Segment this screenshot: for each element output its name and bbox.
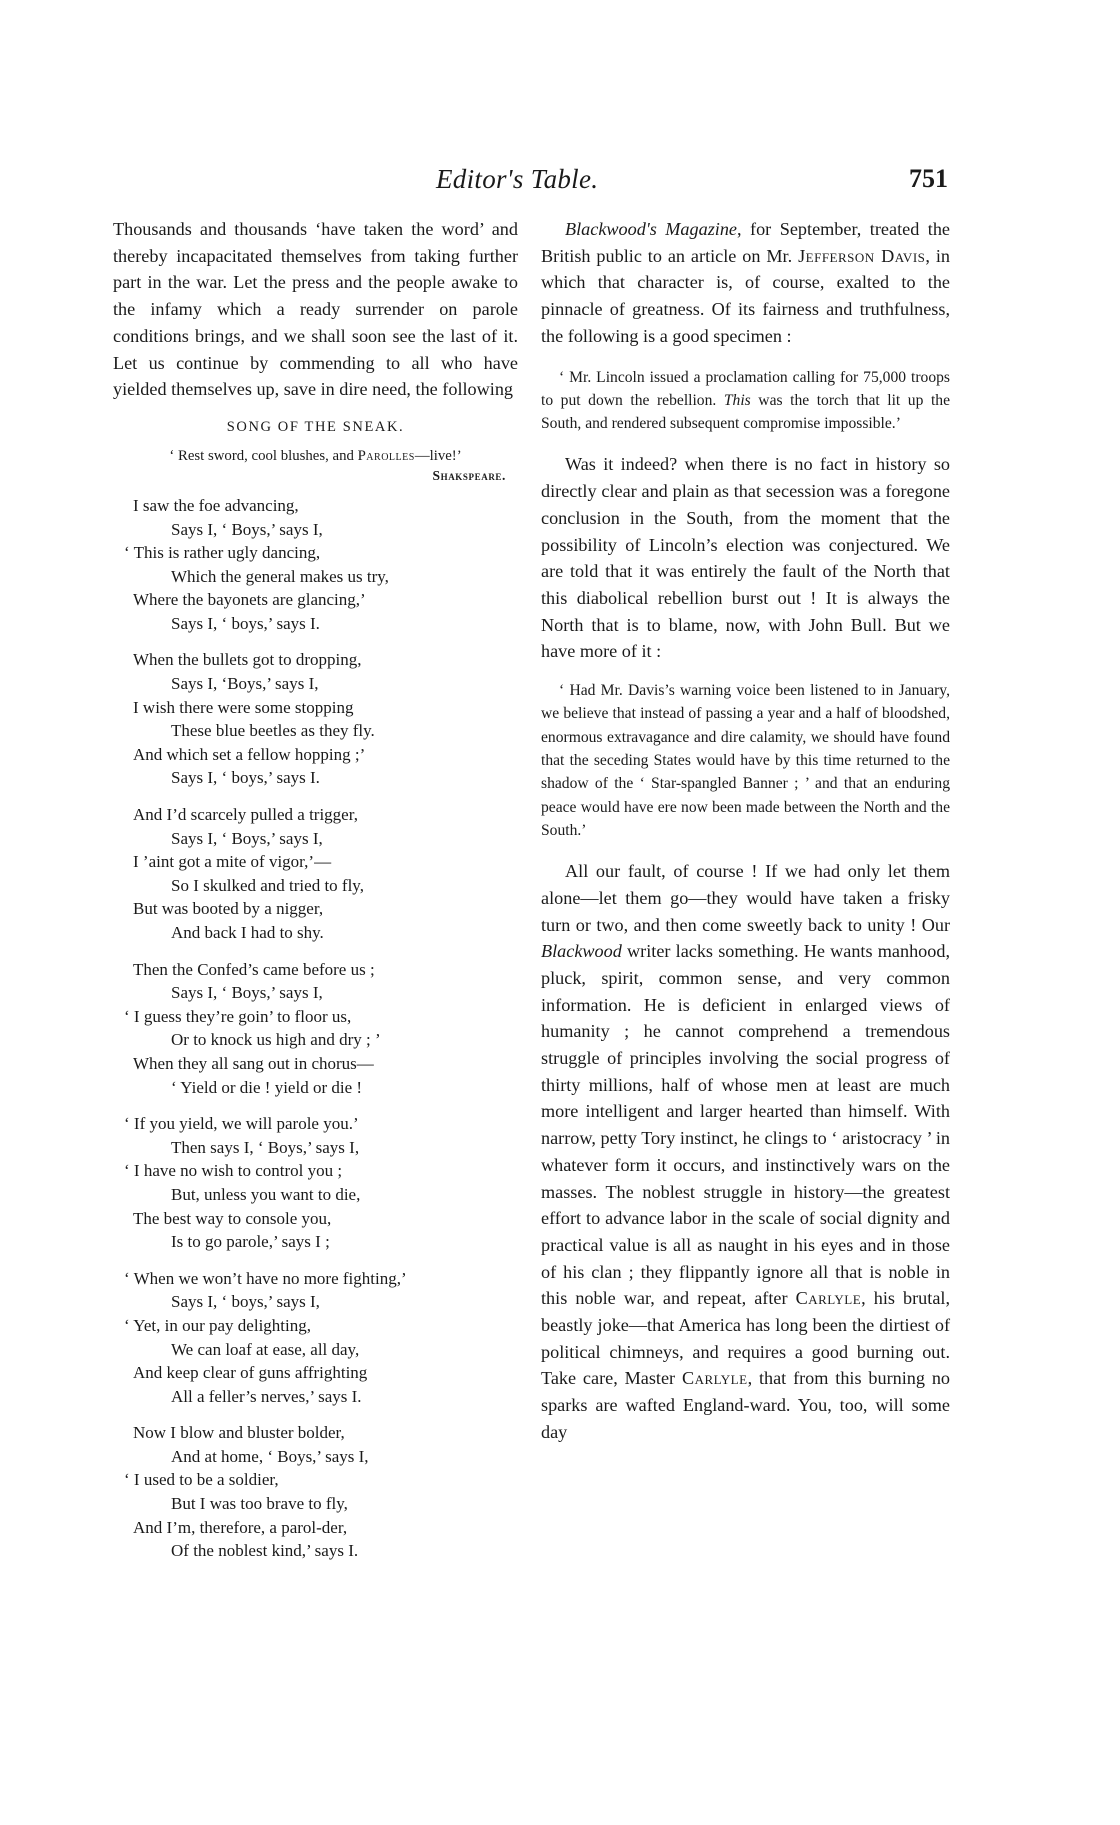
verse-line: And which set a fellow hopping ;’ bbox=[113, 743, 518, 767]
verse-line: But, unless you want to die, bbox=[113, 1183, 518, 1207]
epigraph: ‘ Rest sword, cool blushes, and Parolles… bbox=[113, 446, 518, 486]
stanza: Then the Confed’s came before us ;Says I… bbox=[113, 958, 518, 1100]
verse-line: ‘ If you yield, we will parole you.’ bbox=[113, 1112, 518, 1136]
verse-line: Where the bayonets are glancing,’ bbox=[113, 588, 518, 612]
paragraph-all-our-fault: All our fault, of course ! If we had onl… bbox=[541, 858, 950, 1445]
quote-davis: ‘ Had Mr. Davis’s warning voice been lis… bbox=[541, 679, 950, 842]
poem: I saw the foe advancing,Says I, ‘ Boys,’… bbox=[113, 494, 518, 1563]
stanza: When the bullets got to dropping,Says I,… bbox=[113, 648, 518, 790]
verse-line: And I’m, therefore, a parol-der, bbox=[113, 1516, 518, 1540]
epigraph-name: Parolles bbox=[358, 448, 415, 464]
quote-lincoln: ‘ Mr. Lincoln issued a proclamation call… bbox=[541, 366, 950, 436]
verse-line: Now I blow and bluster bolder, bbox=[113, 1421, 518, 1445]
verse-line: Is to go parole,’ says I ; bbox=[113, 1230, 518, 1254]
magazine-title: Blackwood's Magazine bbox=[565, 219, 737, 239]
verse-line: And back I had to shy. bbox=[113, 921, 518, 945]
verse-line: ‘ I guess they’re goin’ to floor us, bbox=[113, 1005, 518, 1029]
verse-line: ‘ Yet, in our pay delighting, bbox=[113, 1314, 518, 1338]
stanza: I saw the foe advancing,Says I, ‘ Boys,’… bbox=[113, 494, 518, 636]
verse-line: I ’aint got a mite of vigor,’— bbox=[113, 850, 518, 874]
running-title: Editor's Table. bbox=[436, 164, 598, 195]
verse-line: And I’d scarcely pulled a trigger, bbox=[113, 803, 518, 827]
name-jefferson-davis: Jefferson Davis bbox=[798, 246, 925, 266]
verse-line: Says I, ‘ boys,’ says I, bbox=[113, 1290, 518, 1314]
epigraph-quote: ‘ Rest sword, cool blushes, and Parolles… bbox=[113, 446, 518, 466]
verse-line: Then says I, ‘ Boys,’ says I, bbox=[113, 1136, 518, 1160]
verse-line: Says I, ‘ boys,’ says I. bbox=[113, 612, 518, 636]
paragraph-blackwood-intro: Blackwood's Magazine, for September, tre… bbox=[541, 216, 950, 350]
intro-paragraph: Thousands and thousands ‘have taken the … bbox=[113, 216, 518, 403]
verse-line: When the bullets got to dropping, bbox=[113, 648, 518, 672]
stanza: ‘ If you yield, we will parole you.’Then… bbox=[113, 1112, 518, 1254]
verse-line: I saw the foe advancing, bbox=[113, 494, 518, 518]
verse-line: ‘ This is rather ugly dancing, bbox=[113, 541, 518, 565]
song-title: SONG OF THE SNEAK. bbox=[113, 419, 518, 436]
verse-line: But was booted by a nigger, bbox=[113, 897, 518, 921]
verse-line: Which the general makes us try, bbox=[113, 565, 518, 589]
verse-line: We can loaf at ease, all day, bbox=[113, 1338, 518, 1362]
page-header: Editor's Table. 751 bbox=[110, 160, 950, 200]
stanza: And I’d scarcely pulled a trigger,Says I… bbox=[113, 803, 518, 945]
page-number: 751 bbox=[909, 164, 948, 194]
verse-line: ‘ When we won’t have no more fighting,’ bbox=[113, 1267, 518, 1291]
verse-line: ‘ I used to be a soldier, bbox=[113, 1468, 518, 1492]
verse-line: Says I, ‘ Boys,’ says I, bbox=[113, 518, 518, 542]
verse-line: The best way to console you, bbox=[113, 1207, 518, 1231]
verse-line: And at home, ‘ Boys,’ says I, bbox=[113, 1445, 518, 1469]
verse-line: These blue beetles as they fly. bbox=[113, 719, 518, 743]
verse-line: ‘ Yield or die ! yield or die ! bbox=[113, 1076, 518, 1100]
verse-line: Says I, ‘ Boys,’ says I, bbox=[113, 827, 518, 851]
verse-line: Then the Confed’s came before us ; bbox=[113, 958, 518, 982]
verse-line: Or to knock us high and dry ; ’ bbox=[113, 1028, 518, 1052]
verse-line: All a feller’s nerves,’ says I. bbox=[113, 1385, 518, 1409]
verse-line: Says I, ‘ Boys,’ says I, bbox=[113, 981, 518, 1005]
verse-line: Says I, ‘ boys,’ says I. bbox=[113, 766, 518, 790]
stanza: ‘ When we won’t have no more fighting,’S… bbox=[113, 1267, 518, 1409]
stanza: Now I blow and bluster bolder,And at hom… bbox=[113, 1421, 518, 1563]
verse-line: Says I, ‘Boys,’ says I, bbox=[113, 672, 518, 696]
verse-line: I wish there were some stopping bbox=[113, 696, 518, 720]
verse-line: And keep clear of guns affrighting bbox=[113, 1361, 518, 1385]
verse-line: When they all sang out in chorus— bbox=[113, 1052, 518, 1076]
verse-line: Of the noblest kind,’ says I. bbox=[113, 1539, 518, 1563]
paragraph-was-it-indeed: Was it indeed? when there is no fact in … bbox=[541, 451, 950, 665]
verse-line: But I was too brave to fly, bbox=[113, 1492, 518, 1516]
epigraph-attribution: Shakspeare. bbox=[113, 466, 518, 486]
verse-line: So I skulked and tried to fly, bbox=[113, 874, 518, 898]
verse-line: ‘ I have no wish to control you ; bbox=[113, 1159, 518, 1183]
left-column: Thousands and thousands ‘have taken the … bbox=[113, 216, 518, 1563]
right-column: Blackwood's Magazine, for September, tre… bbox=[541, 216, 950, 1446]
